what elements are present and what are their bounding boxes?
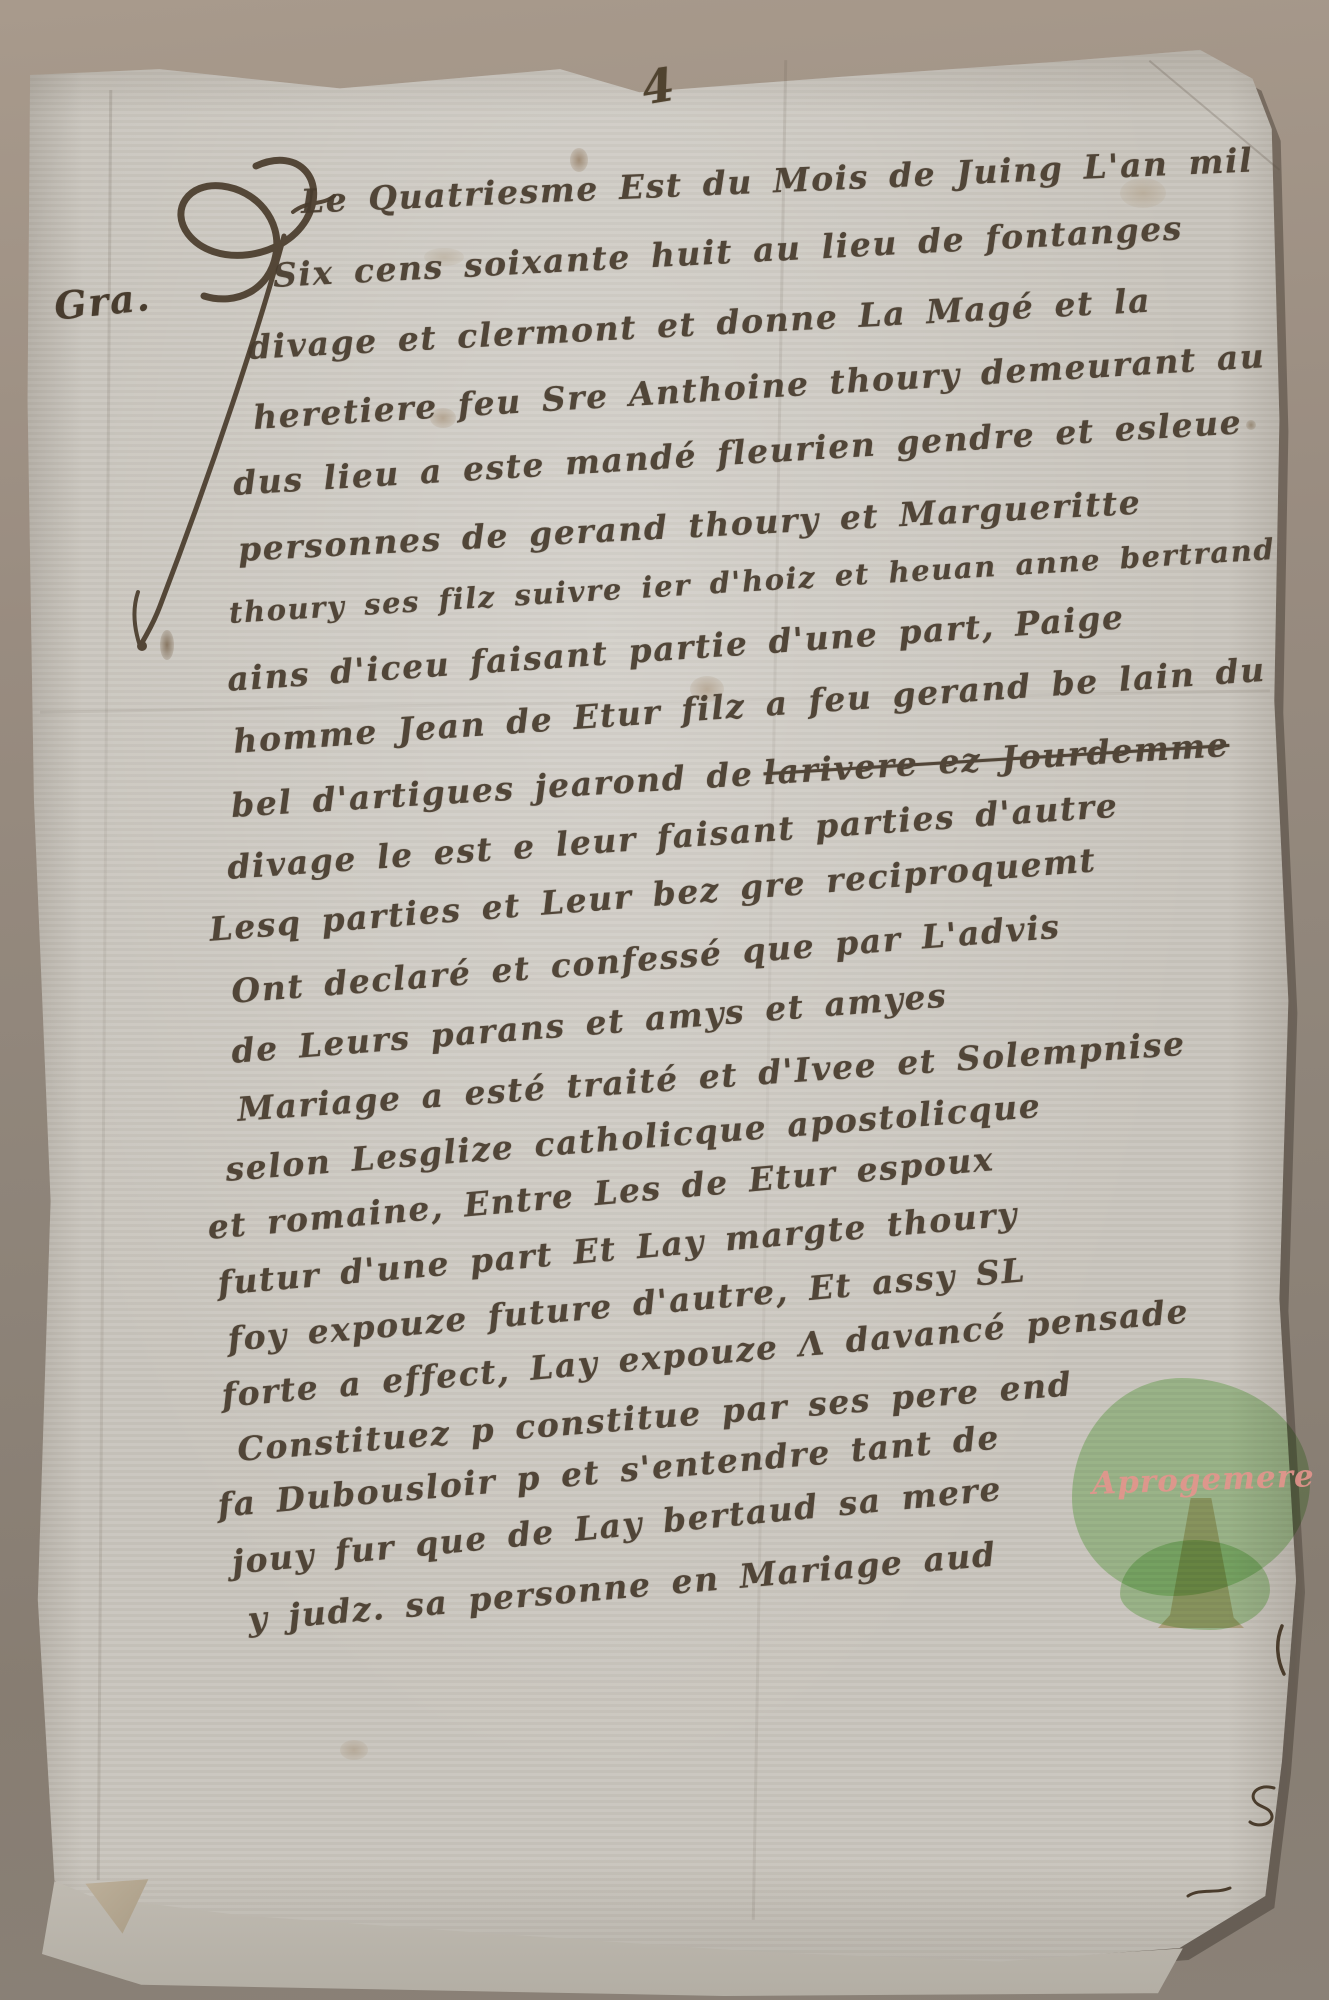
ink-mark <box>1186 1884 1232 1902</box>
ink-mark <box>1242 1782 1282 1832</box>
photo-background: { "document": { "page_number": "4", "mar… <box>0 0 1329 2000</box>
page-number: 4 <box>638 57 680 116</box>
ink-mark <box>1272 1624 1292 1676</box>
